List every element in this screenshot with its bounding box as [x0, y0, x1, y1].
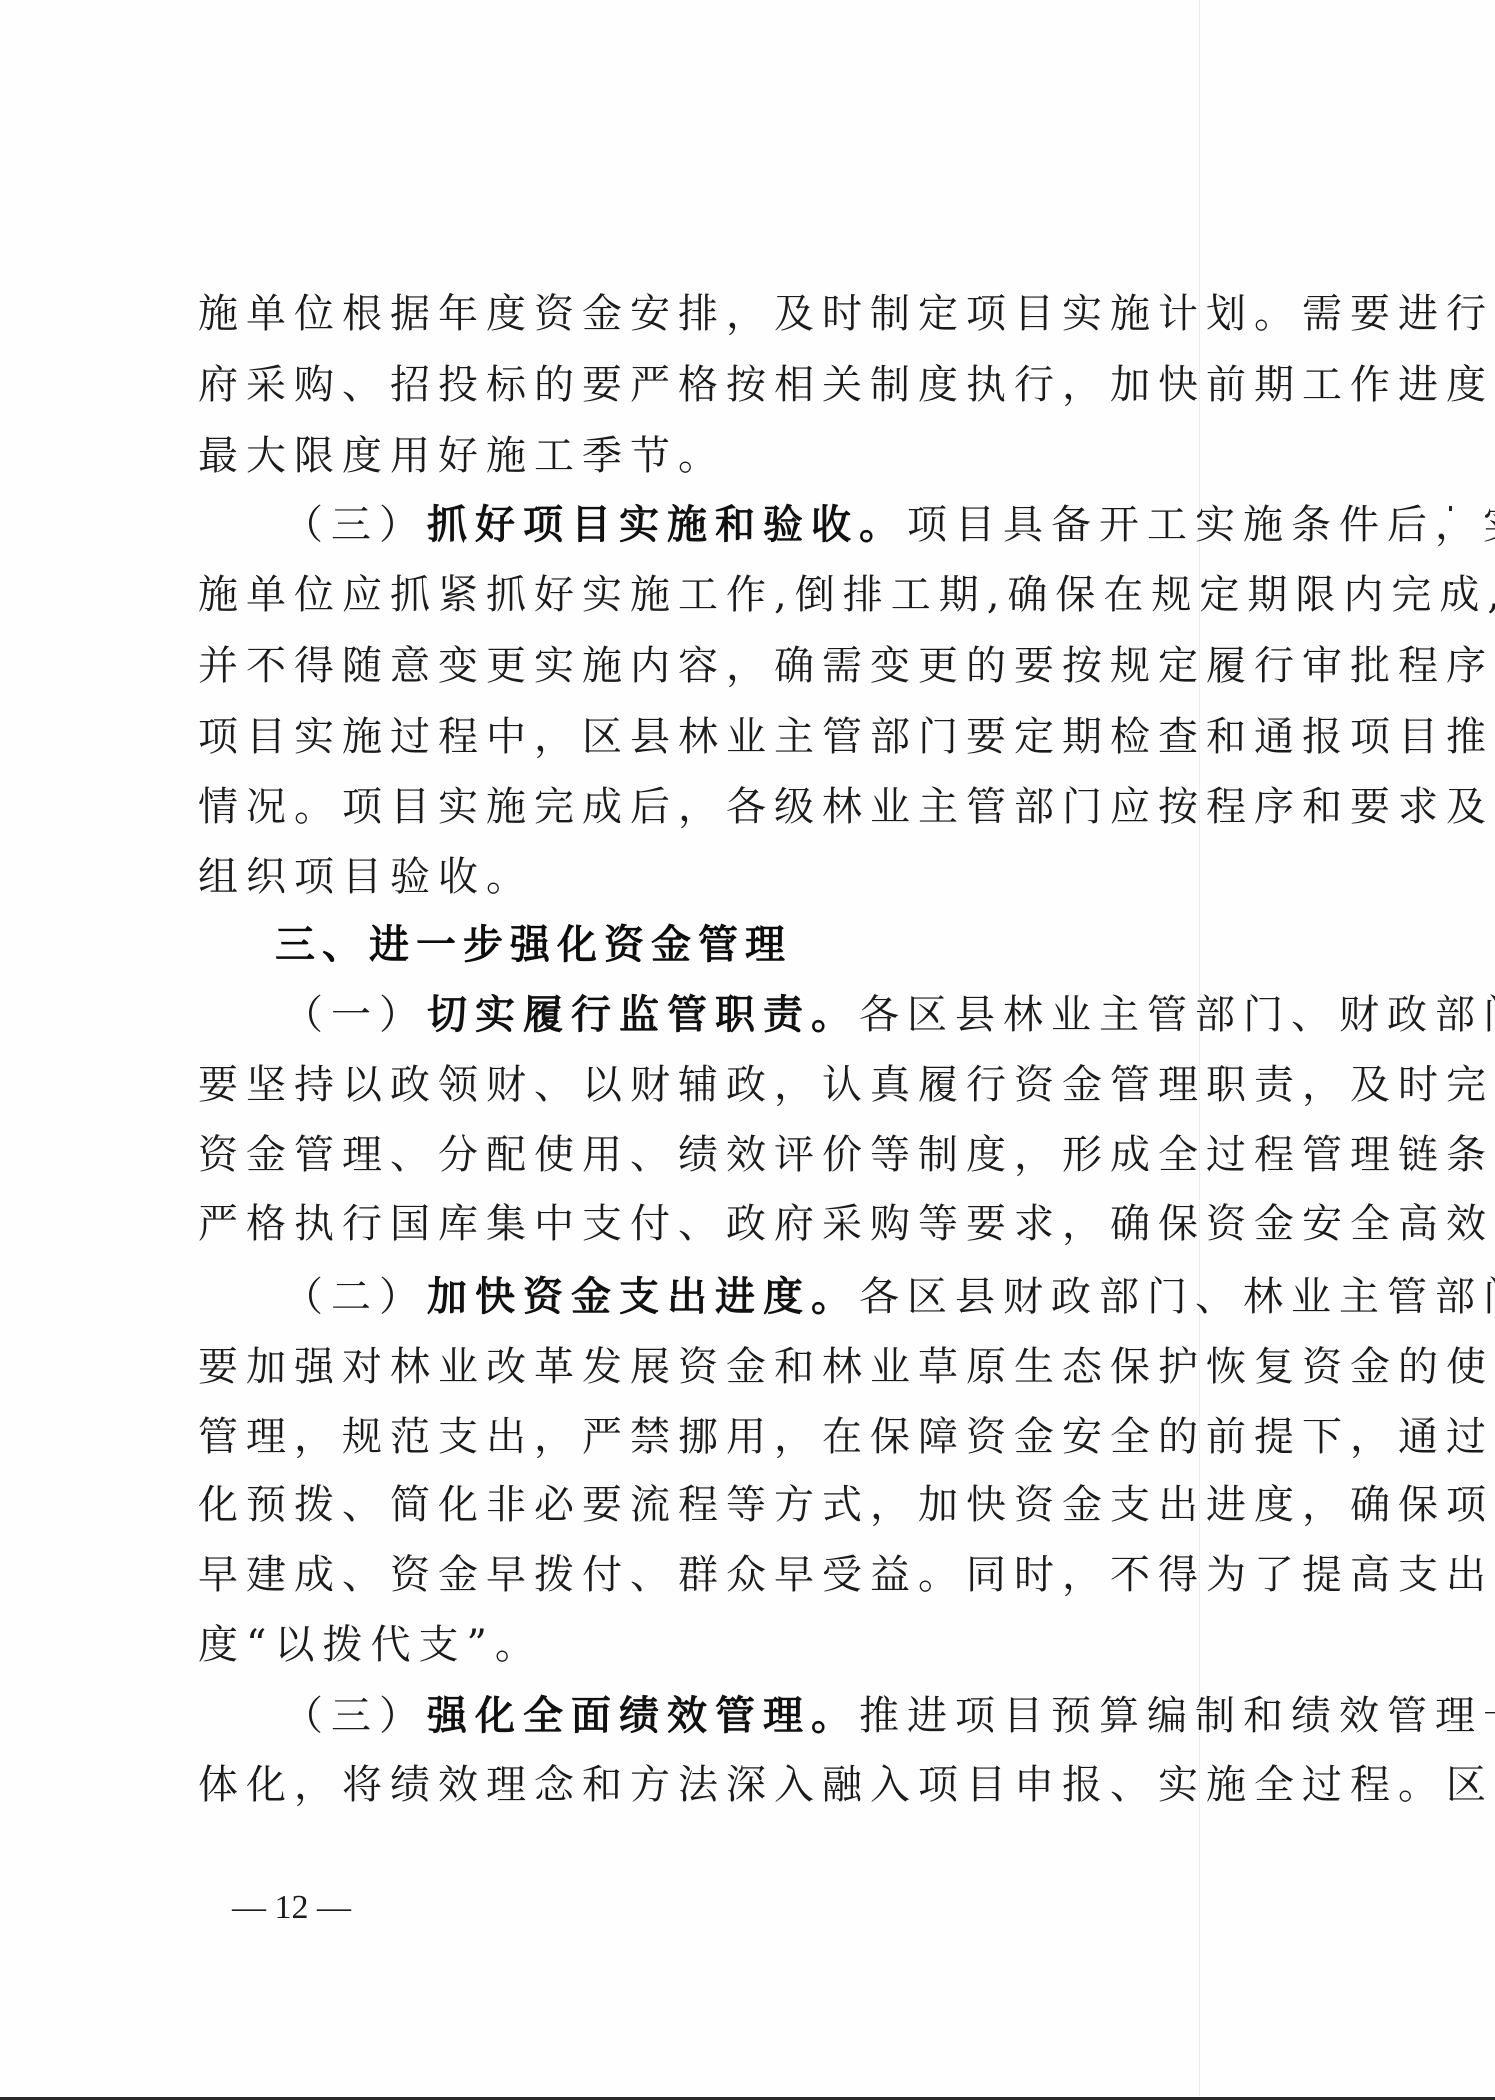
- paragraph-line: 早建成、资金早拨付、群众早受益。同时，不得为了提高支出进: [198, 1551, 1495, 1599]
- scan-speck: [1450, 1508, 1453, 1513]
- paragraph-line: 情况。项目实施完成后，各级林业主管部门应按程序和要求及时: [198, 783, 1495, 831]
- scan-speck: [1450, 582, 1453, 585]
- subsection-text: 各区县财政部门、林业主管部门: [859, 1274, 1495, 1320]
- subsection-first-line: （一）切实履行监管职责。各区县林业主管部门、财政部门: [283, 991, 1495, 1039]
- subsection-text: 推进项目预算编制和绩效管理一: [859, 1693, 1495, 1739]
- subsection-title: 加快资金支出进度。: [427, 1273, 859, 1320]
- subsection-title: 强化全面绩效管理。: [427, 1692, 859, 1739]
- subsection-label: （三）: [283, 502, 427, 548]
- subsection-title: 切实履行监管职责。: [427, 991, 859, 1038]
- paragraph-line: 资金管理、分配使用、绩效评价等制度，形成全过程管理链条。: [198, 1131, 1495, 1179]
- paragraph-line: 施单位应抓紧抓好实施工作,倒排工期,确保在规定期限内完成,: [198, 571, 1495, 619]
- paragraph-line: 体化，将绩效理念和方法深入融入项目申报、实施全过程。区县: [198, 1761, 1495, 1809]
- subsection-title: 抓好项目实施和验收。: [427, 501, 907, 548]
- scan-speck: [1449, 506, 1452, 511]
- subsection-first-line: （三）抓好项目实施和验收。项目具备开工实施条件后，实: [283, 501, 1495, 549]
- paragraph-line: 并不得随意变更实施内容，确需变更的要按规定履行审批程序。: [198, 642, 1495, 690]
- paragraph-line: 严格执行国库集中支付、政府采购等要求，确保资金安全高效。: [198, 1200, 1495, 1248]
- subsection-label: （一）: [283, 992, 427, 1038]
- section-heading: 三、进一步强化资金管理: [275, 921, 792, 969]
- paragraph-line: 府采购、招投标的要严格按相关制度执行，加快前期工作进度，: [198, 361, 1495, 409]
- subsection-text: 项目具备开工实施条件后，实: [907, 502, 1495, 548]
- subsection-text: 各区县林业主管部门、财政部门: [859, 992, 1495, 1038]
- paragraph-line: 最大限度用好施工季节。: [198, 432, 726, 480]
- paragraph-line: 要坚持以政领财、以财辅政，认真履行资金管理职责，及时完善: [198, 1061, 1495, 1109]
- paragraph-line: 度“以拨代支”。: [198, 1621, 543, 1669]
- subsection-first-line: （三）强化全面绩效管理。推进项目预算编制和绩效管理一: [283, 1692, 1495, 1740]
- paragraph-line: 组织项目验收。: [198, 853, 534, 901]
- paragraph-line: 管理，规范支出，严禁挪用，在保障资金安全的前提下，通过优: [198, 1413, 1495, 1461]
- document-page: 施单位根据年度资金安排，及时制定项目实施计划。需要进行政 府采购、招投标的要严格…: [0, 0, 1495, 2100]
- subsection-first-line: （二）加快资金支出进度。各区县财政部门、林业主管部门: [283, 1273, 1495, 1321]
- scan-speck: [1450, 1584, 1453, 1587]
- paragraph-line: 施单位根据年度资金安排，及时制定项目实施计划。需要进行政: [198, 290, 1495, 338]
- paragraph-line: 化预拨、简化非必要流程等方式，加快资金支出进度，确保项目: [198, 1481, 1495, 1529]
- subsection-label: （三）: [283, 1693, 427, 1739]
- page-number: — 12 —: [232, 1888, 351, 1928]
- subsection-label: （二）: [283, 1274, 427, 1320]
- paragraph-line: 项目实施过程中，区县林业主管部门要定期检查和通报项目推进: [198, 713, 1495, 761]
- paragraph-line: 要加强对林业改革发展资金和林业草原生态保护恢复资金的使用: [198, 1343, 1495, 1391]
